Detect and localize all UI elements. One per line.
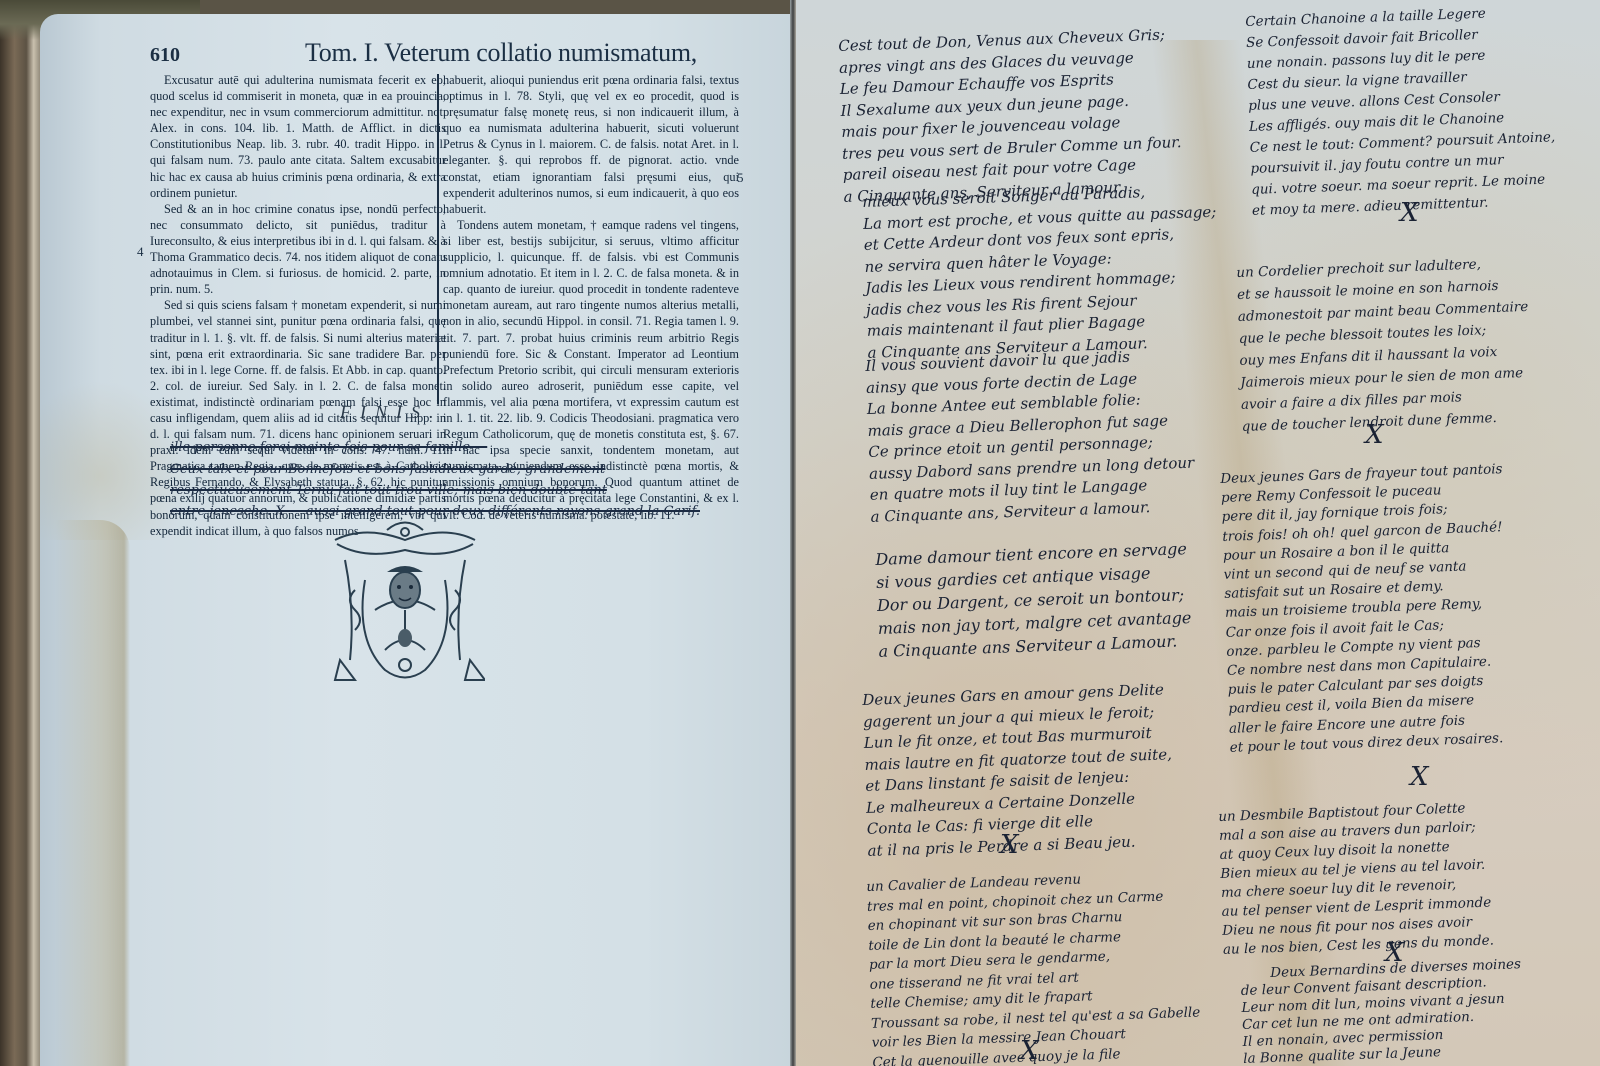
paragraph: habuerit, alioqui puniendus erit pœna or… [443, 72, 739, 217]
handwritten-stanza: un Cordelier prechoit sur ladultere, et … [1236, 252, 1532, 438]
handwritten-stanza: Certain Chanoine a la taille Legere Se C… [1245, 1, 1558, 222]
paragraph: Excusatur autē qui adulterina numismata … [150, 72, 446, 201]
handwritten-stanza: Cest tout de Don, Venus aux Cheveux Gris… [838, 24, 1183, 208]
handwritten-stanza: Deux Bernardins de diverses moines de le… [1240, 956, 1524, 1066]
water-stain [55, 520, 130, 1066]
handwritten-stanza: un Desmbile Baptistout four Colette mal … [1218, 799, 1494, 960]
handwritten-stanza: Deux jeunes Gars de frayeur tout pantois… [1220, 460, 1512, 758]
running-head: 610 Tom. I. Veterum collatio numismatum, [150, 38, 770, 68]
separator-mark: X [1410, 762, 1429, 792]
separator-mark: X [1400, 198, 1419, 228]
page-number: 610 [150, 44, 180, 67]
printed-column-right: habuerit, alioqui puniendus erit pœna or… [443, 72, 739, 523]
struck-handwriting-line: respectueusement Ternu fait tout trou vi… [170, 483, 760, 498]
handwritten-stanza: mieux vous seroit Songer au Paradis, La … [862, 180, 1221, 364]
separator-mark: X [1000, 830, 1019, 860]
separator-mark: X [1365, 420, 1384, 450]
margin-number: 5 [737, 170, 744, 186]
paragraph: Sed & an in hoc crimine conatus ipse, no… [150, 201, 446, 298]
struck-handwriting-line: entre jenesche. X — aussi grand tout pou… [170, 504, 760, 519]
handwritten-stanza: Dame damour tient encore en servage si v… [875, 537, 1193, 663]
struck-handwriting-line: Ceux talx et pour Bonnefois et bons fast… [170, 462, 760, 477]
margin-number: 4 [137, 244, 144, 260]
finis-heading: FINIS. [340, 402, 443, 423]
column-rule [437, 74, 439, 404]
struck-handwriting-line: ille personne ferai mainte fois pour sa … [170, 440, 760, 455]
separator-mark: X [1020, 1036, 1039, 1066]
printers-ornament-icon [325, 520, 485, 690]
handwritten-stanza: Il vous souvient davoir lu que jadis ain… [865, 345, 1196, 528]
running-title: Tom. I. Veterum collatio numismatum, [305, 38, 697, 68]
